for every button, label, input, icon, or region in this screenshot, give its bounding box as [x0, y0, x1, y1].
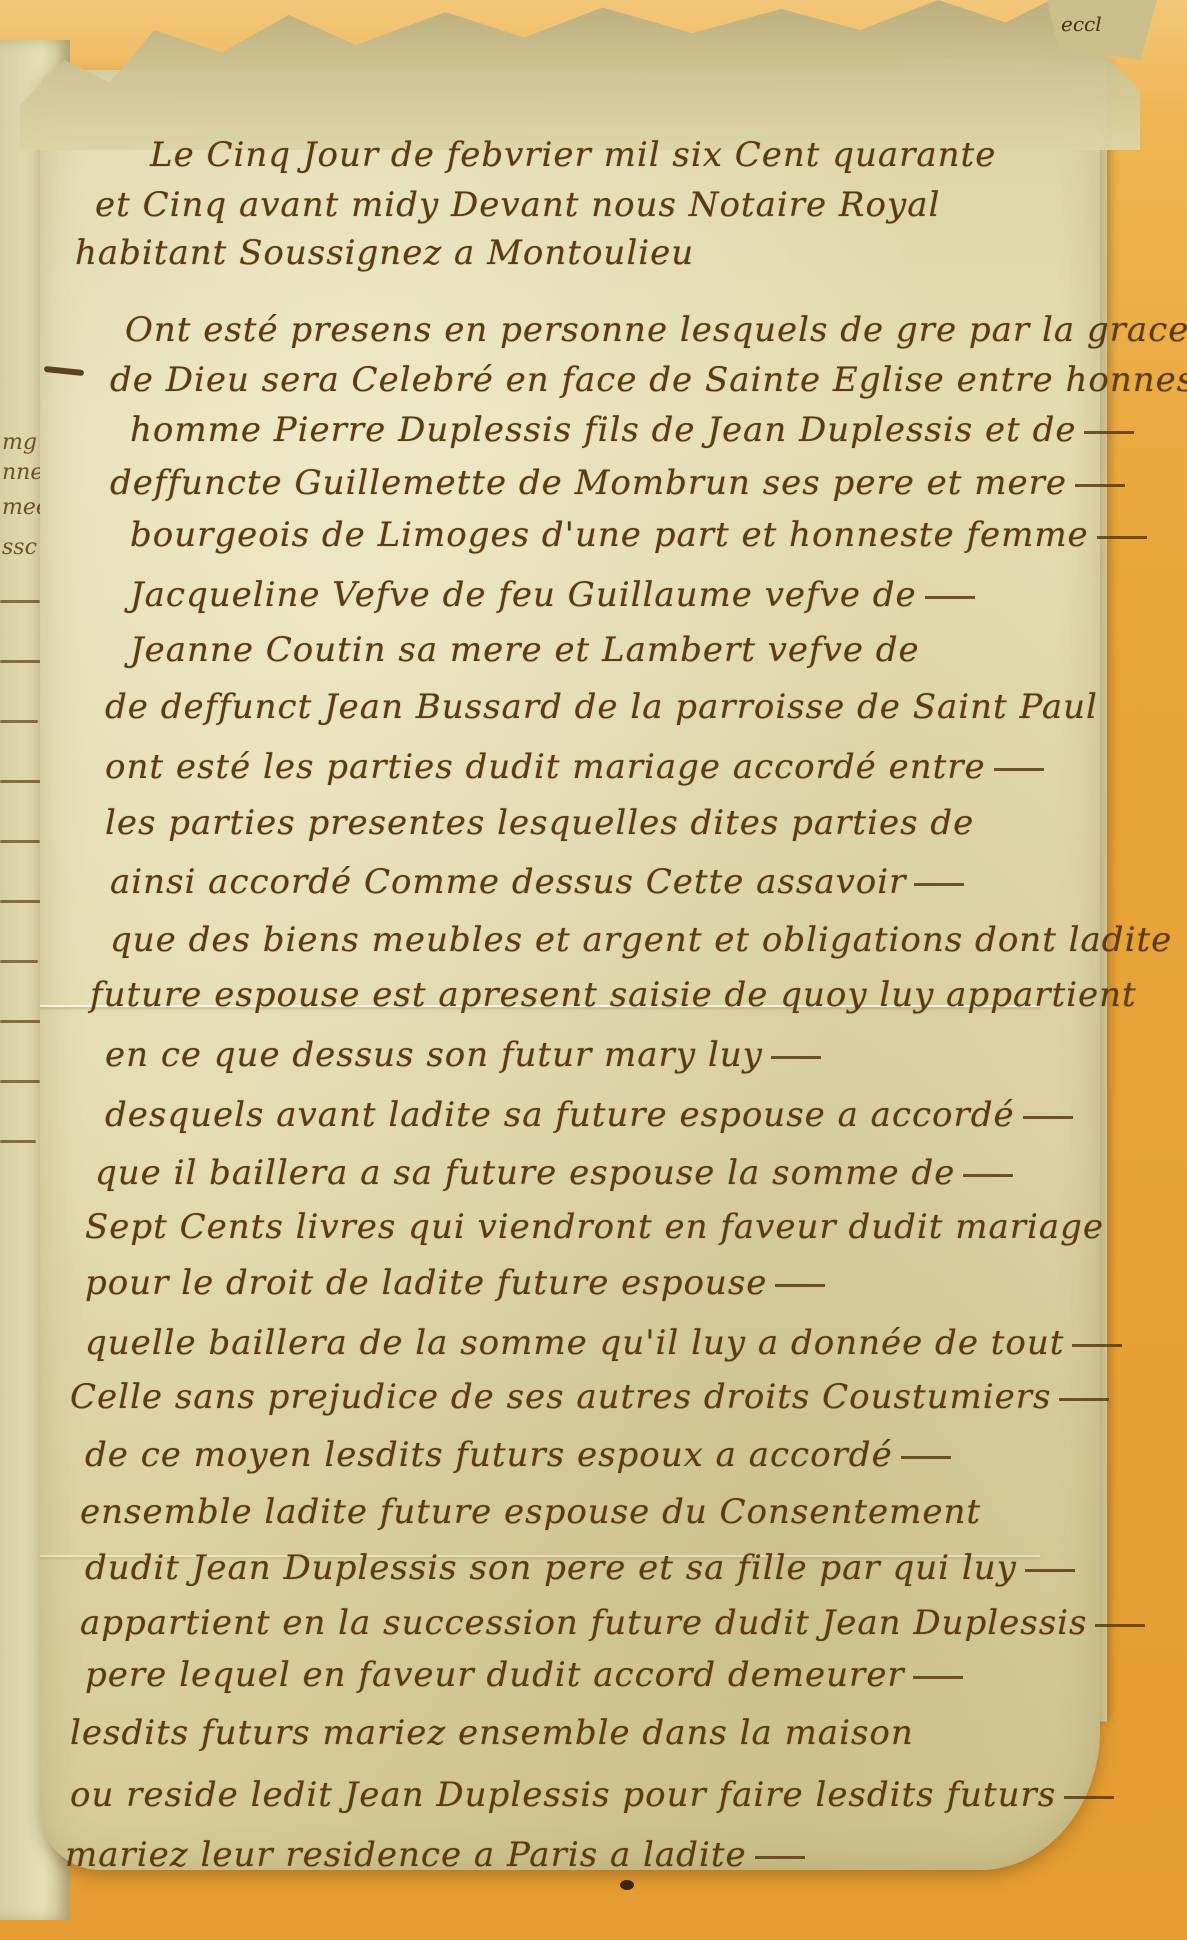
manuscript-photo: mg nne mee ssc eccl Le Cinq Jour de febv… [0, 0, 1187, 1940]
text-line: desquels avant ladite sa future espouse … [105, 1095, 1073, 1135]
text-line: ou reside ledit Jean Duplessis pour fair… [70, 1775, 1114, 1815]
text-line: de Dieu sera Celebré en face de Sainte E… [110, 360, 1187, 400]
margin-line [0, 840, 40, 843]
torn-top-edge [20, 0, 1140, 150]
text-line: pour le droit de ladite future espouse [85, 1263, 825, 1303]
margin-line [0, 900, 44, 903]
margin-line [0, 780, 42, 783]
margin-fragment: mg [2, 430, 37, 455]
text-line: deffuncte Guillemette de Mombrun ses per… [110, 463, 1125, 503]
margin-line [0, 960, 38, 963]
text-line: et Cinq avant midy Devant nous Notaire R… [95, 185, 940, 225]
text-line: de ce moyen lesdits futurs espoux a acco… [85, 1435, 951, 1475]
margin-line [0, 1080, 40, 1083]
text-line: appartient en la succession future dudit… [80, 1603, 1145, 1643]
margin-line [0, 1020, 42, 1023]
text-line: ainsi accordé Comme dessus Cette assavoi… [110, 862, 964, 902]
text-line: Celle sans prejudice de ses autres droit… [70, 1377, 1109, 1417]
text-line: ensemble ladite future espouse du Consen… [80, 1492, 981, 1532]
text-line: Jeanne Coutin sa mere et Lambert vefve d… [130, 630, 920, 670]
text-line: que il baillera a sa future espouse la s… [95, 1153, 1013, 1193]
fragment-text: eccl [1061, 12, 1102, 36]
text-line: pere lequel en faveur dudit accord demeu… [85, 1655, 963, 1695]
ink-stain [620, 1880, 634, 1890]
text-line: mariez leur residence a Paris a ladite [65, 1835, 805, 1875]
text-line: homme Pierre Duplessis fils de Jean Dupl… [130, 410, 1134, 450]
text-line: future espouse est apresent saisie de qu… [90, 975, 1137, 1015]
text-line: bourgeois de Limoges d'une part et honne… [130, 515, 1147, 555]
margin-fragment: nne [2, 460, 43, 485]
margin-fragment: ssc [2, 535, 37, 560]
margin-line [0, 1140, 36, 1143]
text-line: que des biens meubles et argent et oblig… [110, 920, 1172, 960]
text-line: Sept Cents livres qui viendront en faveu… [85, 1207, 1104, 1247]
margin-line [0, 720, 38, 723]
margin-line [0, 600, 40, 603]
text-line: quelle baillera de la somme qu'il luy a … [85, 1323, 1122, 1363]
text-line: lesdits futurs mariez ensemble dans la m… [70, 1713, 914, 1753]
text-line: habitant Soussignez a Montoulieu [75, 233, 694, 273]
text-line: les parties presentes lesquelles dites p… [105, 803, 974, 843]
margin-line [0, 660, 44, 663]
text-line: Jacqueline Vefve de feu Guillaume vefve … [130, 575, 975, 615]
text-line: Ont esté presens en personne lesquels de… [125, 310, 1187, 350]
text-line: en ce que dessus son futur mary luy [105, 1035, 821, 1075]
text-line: Le Cinq Jour de febvrier mil six Cent qu… [150, 135, 996, 175]
text-line: dudit Jean Duplessis son pere et sa fill… [85, 1548, 1075, 1588]
text-line: de deffunct Jean Bussard de la parroisse… [105, 687, 1098, 727]
text-line: ont esté les parties dudit mariage accor… [105, 747, 1044, 787]
